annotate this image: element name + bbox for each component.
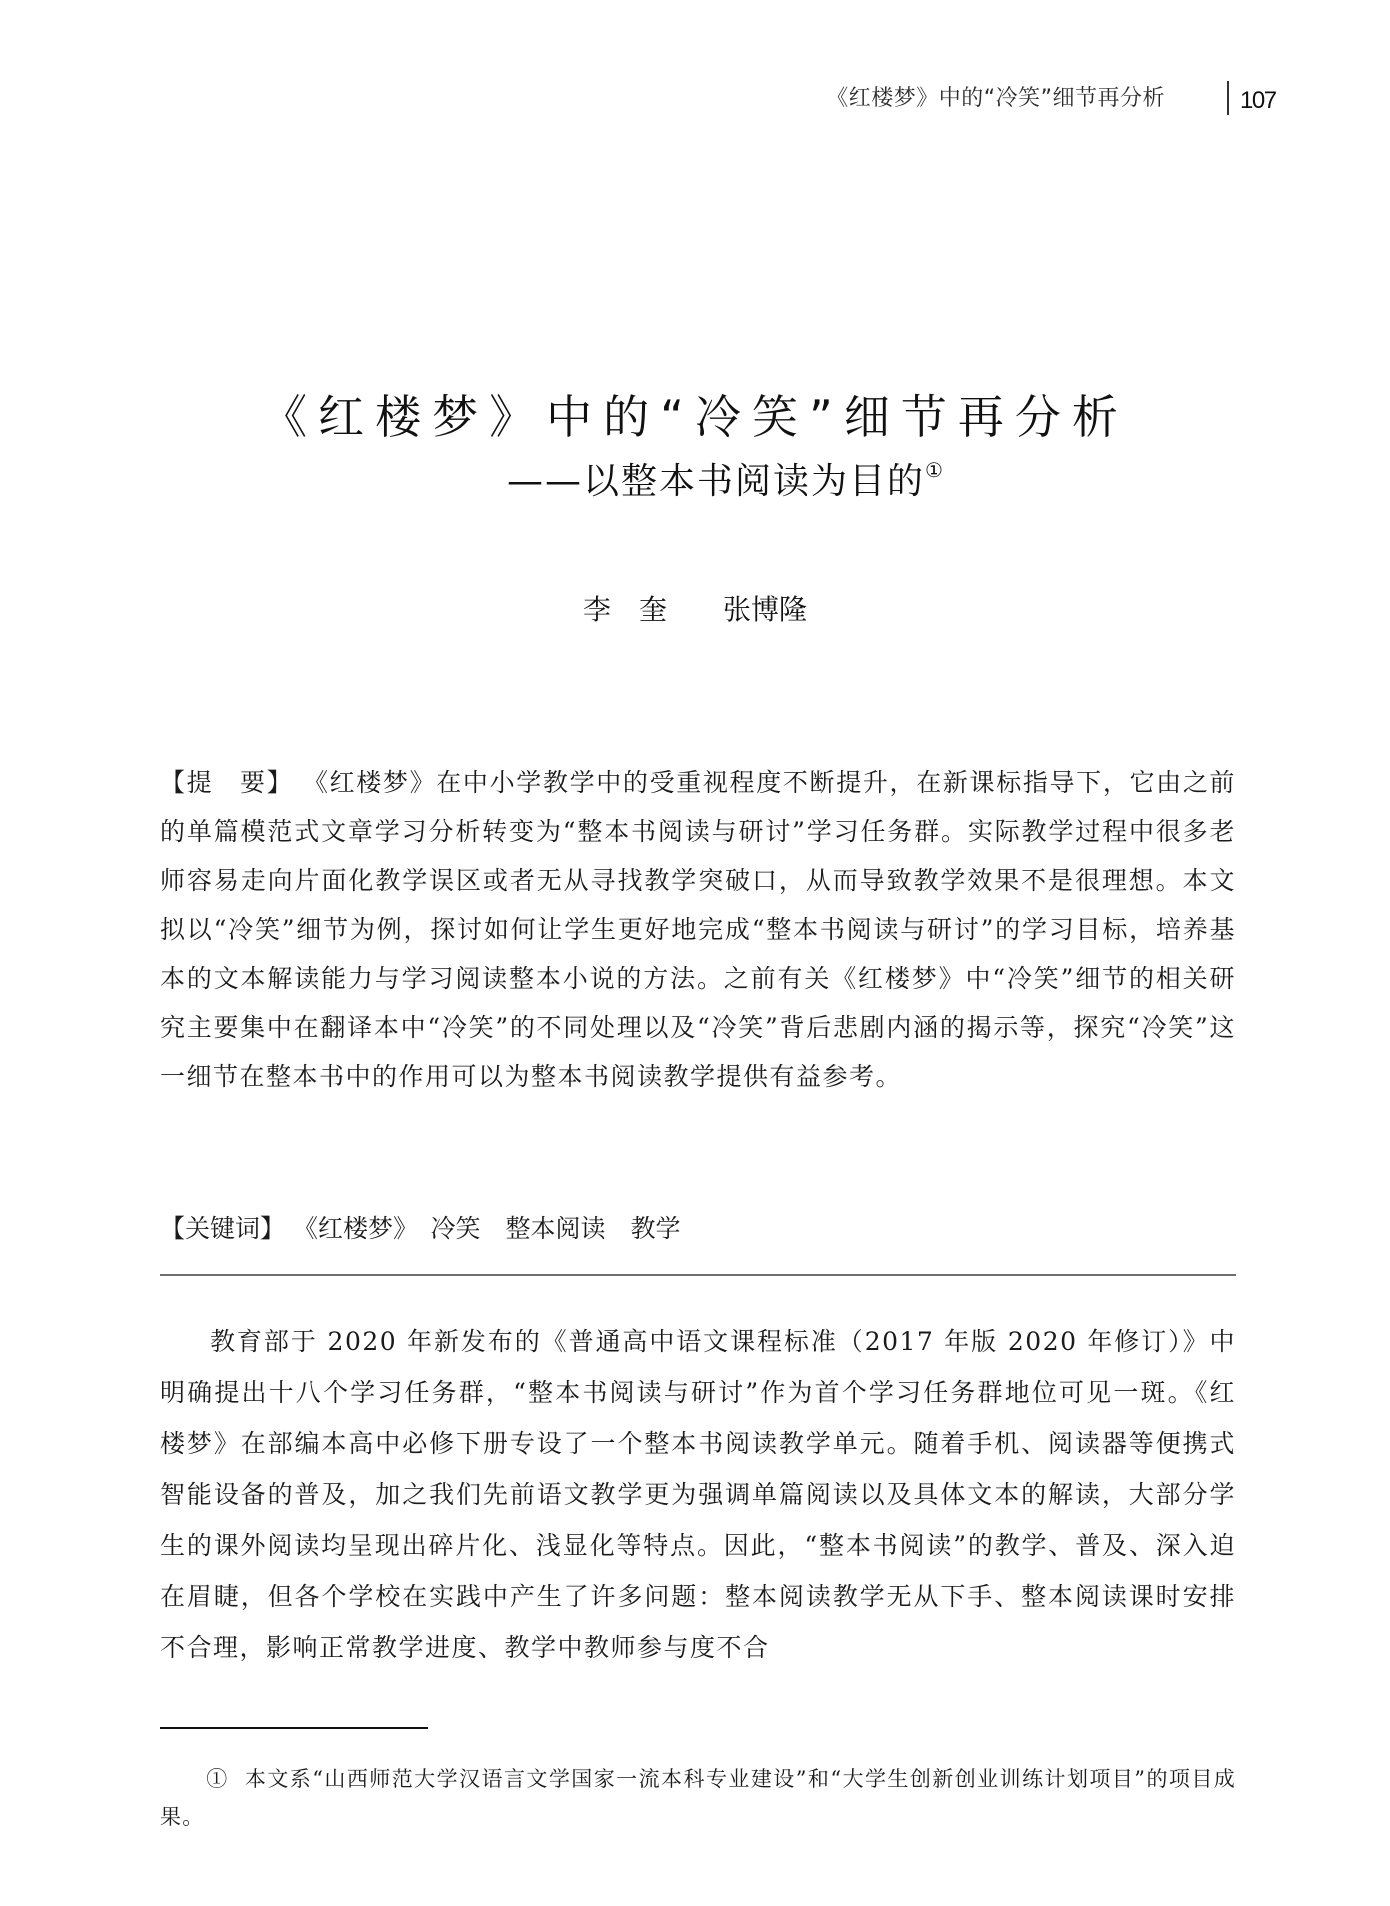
footnote-text: 本文系“山西师范大学汉语言文学国家一流本科专业建设”和“大学生创新创业训练计划项… bbox=[160, 1767, 1236, 1829]
footnote-rule bbox=[160, 1727, 428, 1729]
article-authors: 李 奎 张博隆 bbox=[0, 590, 1390, 630]
running-head-title: 《红楼梦》中的“冷笑”细节再分析 bbox=[826, 84, 1165, 114]
abstract: 【提 要】 《红楼梦》在中小学教学中的受重视程度不断提升，在新课标指导下，它由之… bbox=[160, 758, 1236, 1101]
abstract-divider-rule bbox=[160, 1274, 1236, 1276]
keywords-spacer bbox=[285, 1214, 293, 1243]
article-subtitle: ——以整本书阅读为目的① bbox=[0, 445, 1390, 507]
running-head-divider bbox=[1227, 81, 1229, 115]
footnote-spacer bbox=[229, 1767, 245, 1791]
keywords-label: 【关键词】 bbox=[160, 1214, 285, 1243]
page-number: 107 bbox=[1240, 86, 1276, 116]
footnote: ① 本文系“山西师范大学汉语言文学国家一流本科专业建设”和“大学生创新创业训练计… bbox=[160, 1760, 1236, 1836]
abstract-spacer bbox=[293, 768, 303, 797]
abstract-label: 【提 要】 bbox=[160, 768, 293, 797]
subtitle-text: ——以整本书阅读为目的 bbox=[507, 461, 925, 502]
keywords: 【关键词】 《红楼梦》 冷笑 整本阅读 教学 bbox=[160, 1207, 1236, 1251]
footnote-marker: ① bbox=[206, 1767, 228, 1791]
abstract-text: 《红楼梦》在中小学教学中的受重视程度不断提升，在新课标指导下，它由之前的单篇模范… bbox=[160, 768, 1236, 1091]
keywords-list: 《红楼梦》 冷笑 整本阅读 教学 bbox=[293, 1214, 681, 1243]
article-title: 《红楼梦》中的“冷笑”细节再分析 bbox=[0, 387, 1390, 447]
footnote-marker-link[interactable]: ① bbox=[925, 458, 943, 482]
body-paragraph: 教育部于 2020 年新发布的《普通高中语文课程标准（2017 年版 2020 … bbox=[160, 1316, 1236, 1673]
